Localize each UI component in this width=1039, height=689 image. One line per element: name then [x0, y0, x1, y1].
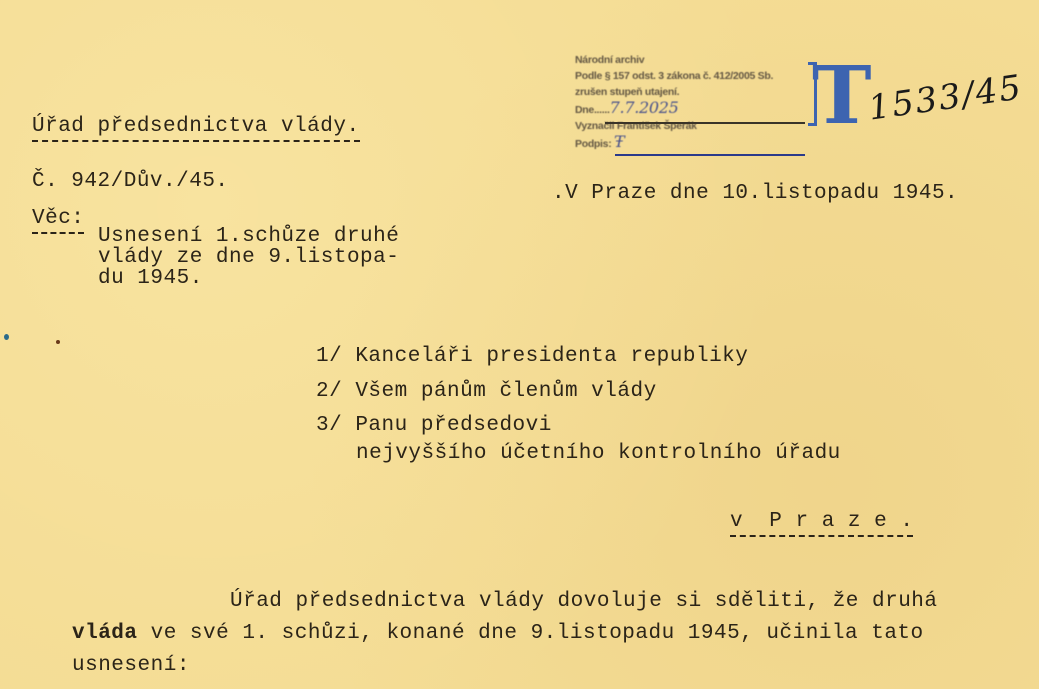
recipient-location: v P r a z e .: [730, 510, 913, 533]
subject-label: Věc:: [32, 207, 84, 230]
recipient-2: 2/ Všem pánům členům vlády: [316, 380, 657, 403]
stamp-line-signature: Podpis: Ŧ: [575, 134, 807, 152]
recipient-3: 3/ Panu předsedovinejvyššího účetního ko…: [316, 412, 841, 468]
body-line-1: Úřad předsednictva vlády dovoluje si sdě…: [230, 590, 938, 613]
subject-text: Usnesení 1.schůze druhévlády ze dne 9.li…: [98, 226, 399, 289]
strikethrough-line: [605, 122, 805, 124]
classification-letter-stamp: T: [812, 55, 872, 135]
paper-speck: [4, 334, 9, 340]
stamp-handwritten-date: 7.7.2025: [610, 98, 679, 117]
signature-stroke: [615, 154, 805, 156]
stamp-line-date: Dne......7.7.2025: [575, 100, 807, 118]
stamp-line-marked-by: Vyznačil František Šperák: [575, 118, 807, 134]
place-and-date: .V Praze dne 10.listopadu 1945.: [552, 182, 958, 205]
recipient-1: 1/ Kanceláři presidenta republiky: [316, 345, 748, 368]
body-line-3: usnesení:: [72, 654, 190, 677]
declassification-stamp: Národní archiv Podle § 157 odst. 3 zákon…: [575, 52, 807, 162]
office-title: Úřad předsednictva vlády.: [32, 115, 360, 138]
paper-speck: [56, 340, 60, 344]
stamp-line-law: Podle § 157 odst. 3 zákona č. 412/2005 S…: [575, 68, 807, 84]
reference-number: Č. 942/Dův./45.: [32, 170, 229, 193]
handwritten-file-number: 1533/45: [866, 67, 1025, 128]
body-line-2: vláda ve své 1. schůzi, konané dne 9.lis…: [72, 622, 924, 645]
stamp-line-archive: Národní archiv: [575, 52, 807, 68]
